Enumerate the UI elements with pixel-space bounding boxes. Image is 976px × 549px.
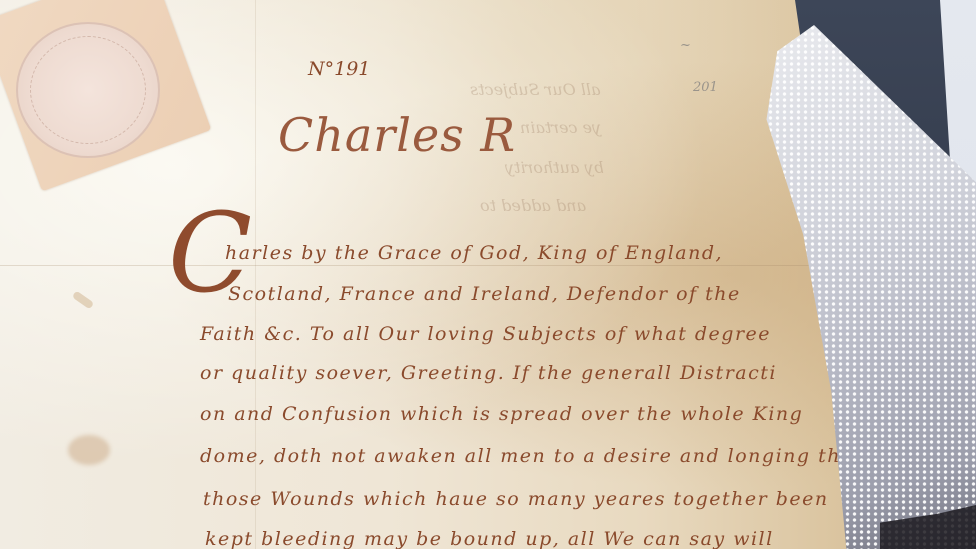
pencil-mark: ~ <box>680 38 691 53</box>
small-stain <box>72 290 95 309</box>
fold-line-horizontal <box>0 265 860 266</box>
text-line-1: harles by the Grace of God, King of Engl… <box>225 242 723 264</box>
ink-stain <box>68 435 110 465</box>
text-line-2: Scotland, France and Ireland, Defendor o… <box>228 283 741 305</box>
wax-seal-icon <box>16 22 160 158</box>
text-line-4: or quality soever, Greeting. If the gene… <box>200 362 777 384</box>
bleed-through-text: and added to <box>480 196 586 215</box>
text-line-5: on and Confusion which is spread over th… <box>200 403 803 425</box>
text-line-7: those Wounds which haue so many yeares t… <box>203 488 829 510</box>
document-number: N°191 <box>308 58 370 80</box>
bleed-through-text: all Our Subjects <box>470 80 601 99</box>
royal-signature: Charles R <box>278 108 516 162</box>
text-line-6: dome, doth not awaken all men to a desir… <box>200 445 863 467</box>
bleed-through-text: by authority <box>505 158 604 177</box>
pencil-folio-number: 201 <box>693 80 718 95</box>
parchment-letter: all Our Subjects ye certain by authority… <box>0 0 860 549</box>
photo-scene: all Our Subjects ye certain by authority… <box>0 0 976 549</box>
text-line-3: Faith &c. To all Our loving Subjects of … <box>200 323 771 345</box>
bleed-through-text: ye certain <box>520 118 601 137</box>
text-line-8: kept bleeding may be bound up, all We ca… <box>205 528 774 549</box>
